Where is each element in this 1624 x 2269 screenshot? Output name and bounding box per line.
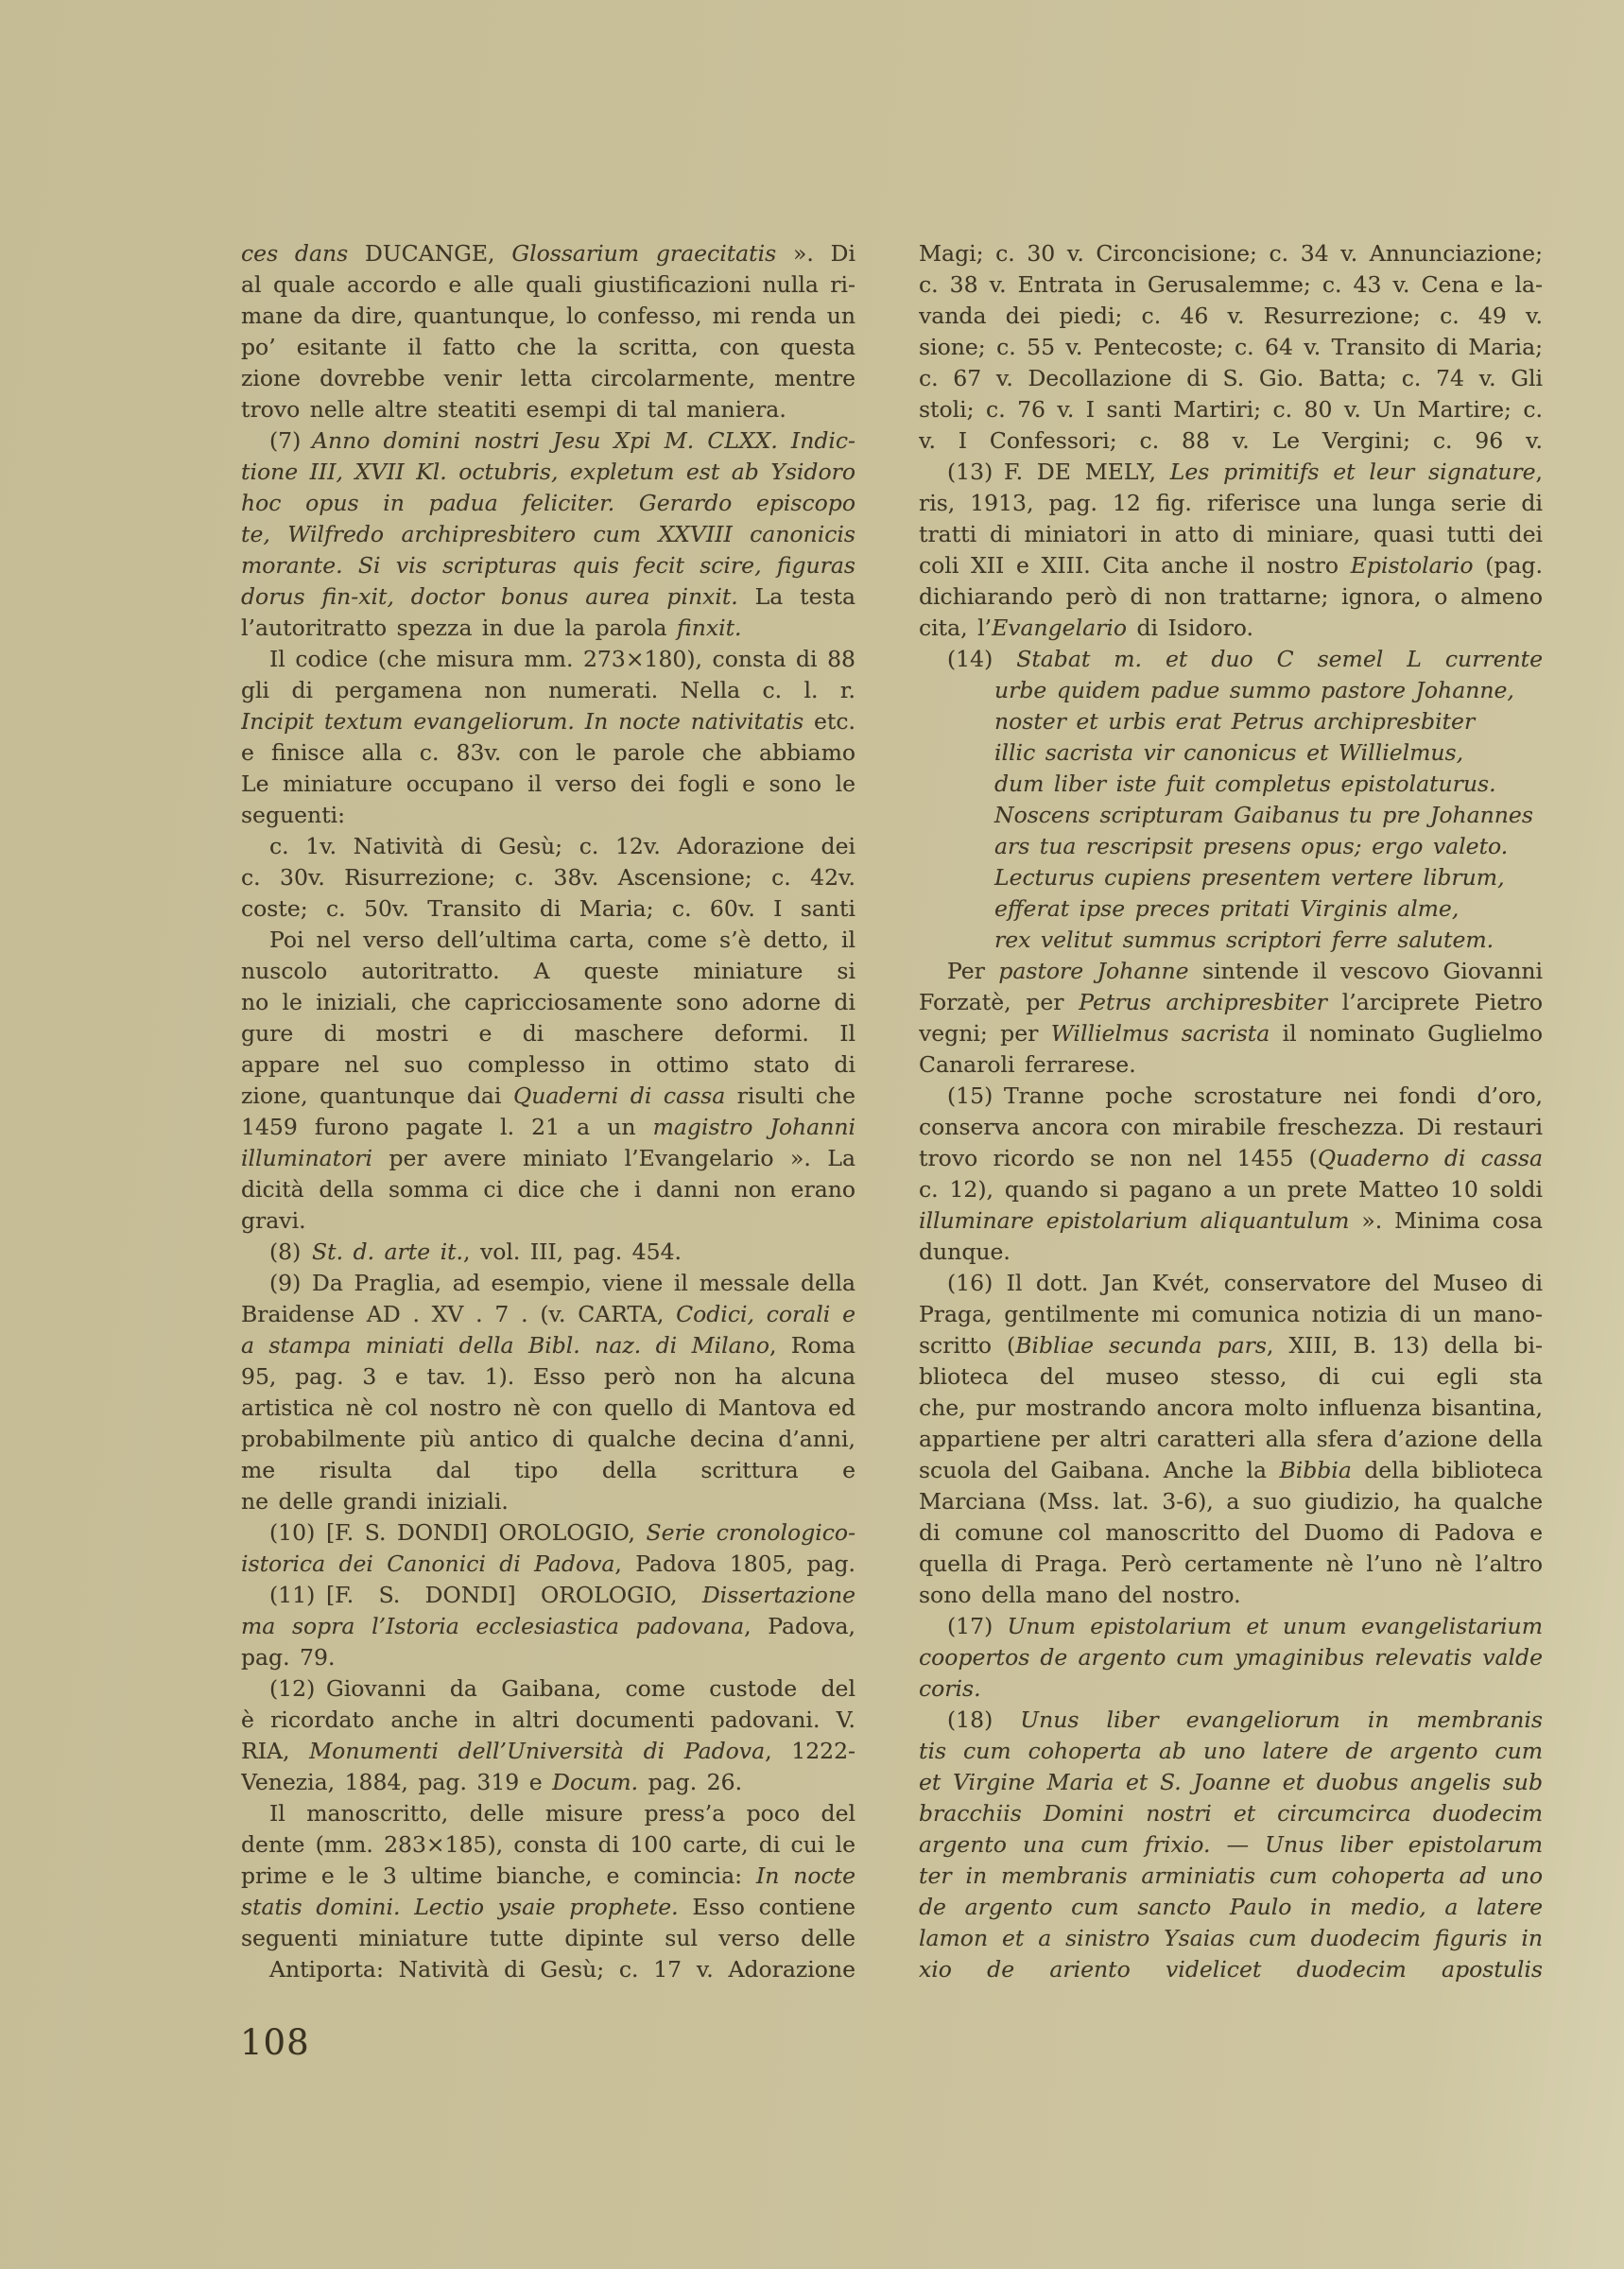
text-run: Venezia, 1884, pag. 319 e (241, 1769, 552, 1795)
italic-text-run: ars tua rescripsit presens opus; ergo va… (994, 833, 1508, 859)
text-line: stoli; c. 76 v. I santi Martiri; c. 80 v… (919, 394, 1543, 425)
text-run: gli di pergamena non numerati. Nella c. … (241, 677, 855, 706)
text-line: c. 1v. Natività di Gesù; c. 12v. Adorazi… (241, 831, 855, 862)
text-run: Antiporta: Natività di Gesù; c. 17 v. Ad… (241, 1956, 855, 1985)
text-run: Il codice (che misura mm. 273×180), cons… (241, 646, 855, 675)
text-line: ma sopra l’Istoria ecclesiastica padovan… (241, 1611, 855, 1642)
text-line: (18) Unus liber evangeliorum in membrani… (919, 1705, 1543, 1736)
text-line: ter in membranis arminiatis cum cohopert… (919, 1861, 1543, 1892)
text-line: rex velitut summus scriptori ferre salut… (919, 925, 1543, 956)
text-run: Per (947, 958, 998, 984)
italic-text-run: bracchiis Domini nostri et circumcirca d… (919, 1800, 1543, 1829)
text-run: prime e le 3 ultime bianche, e comincia: (241, 1862, 756, 1889)
text-line: statis domini. Lectio ysaie prophete. Es… (241, 1892, 855, 1923)
text-line: me risulta dal tipo della scrittura e da… (241, 1455, 855, 1486)
text-line: bracchiis Domini nostri et circumcirca d… (919, 1798, 1543, 1829)
text-run: vegni; per (919, 1020, 1051, 1047)
text-line: (16) Il dott. Jan Kvét, conservatore del… (919, 1268, 1543, 1299)
text-line: (12) Giovanni da Gaibana, come custode d… (241, 1673, 855, 1705)
text-run: DUCANGE, (365, 240, 511, 267)
text-run: nuscolo autoritratto. A queste miniature… (241, 958, 855, 987)
italic-text-run: rex velitut summus scriptori ferre salut… (994, 927, 1494, 953)
italic-text-run: coopertos de argento cum ymaginibus rele… (919, 1644, 1543, 1673)
text-run: scuola del Gaibana. Anche la (919, 1457, 1279, 1483)
text-run: appare nel suo complesso in ottimo stato… (241, 1051, 855, 1081)
text-run: (12) Giovanni da Gaibana, come custode d… (241, 1675, 855, 1705)
italic-text-run: Willielmus sacrista (1051, 1020, 1270, 1047)
text-run: me risulta dal tipo della scrittura e da… (241, 1457, 855, 1486)
text-line: nuscolo autoritratto. A queste miniature… (241, 956, 855, 987)
italic-text-run: a stampa miniati della Bibl. naz. di Mil… (241, 1332, 769, 1359)
text-run: RIA, (241, 1738, 309, 1764)
italic-text-run: Quaderni di cassa (513, 1083, 725, 1109)
text-run: trovo nelle altre steatiti esempi di tal… (241, 396, 786, 423)
italic-text-run: te, Wilfredo archipresbitero cum XXVIII … (241, 521, 855, 550)
text-line: zione, quantunque dai Quaderni di cassa … (241, 1081, 855, 1112)
text-run: seguenti: (241, 802, 345, 828)
text-run: quella di Praga. Però certamente nè l’un… (919, 1550, 1543, 1577)
text-line: dum liber iste fuit completus epistolatu… (919, 769, 1543, 800)
text-run: l’autoritratto spezza in due la parola (241, 615, 677, 641)
text-line: pag. 79. (241, 1642, 855, 1673)
italic-text-run: urbe quidem padue summo pastore Johanne, (994, 677, 1514, 703)
text-run: c. 12), quando si pagano a un prete Matt… (919, 1176, 1543, 1205)
text-line: Poi nel verso dell’ultima carta, come s’… (241, 925, 855, 956)
text-line: quella di Praga. Però certamente nè l’un… (919, 1549, 1543, 1580)
italic-text-run: tione III, XVII Kl. octubris, expletum e… (241, 459, 855, 485)
text-line: gravi. (241, 1205, 855, 1237)
text-run: (14) (947, 646, 1016, 672)
text-line: illuminatori per avere miniato l’Evangel… (241, 1143, 855, 1174)
text-run: Magi; c. 30 v. Circoncisione; c. 34 v. A… (919, 240, 1543, 267)
text-run: Poi nel verso dell’ultima carta, come s’… (241, 927, 855, 956)
text-line: Il codice (che misura mm. 273×180), cons… (241, 644, 855, 675)
text-line: Praga, gentilmente mi comunica notizia d… (919, 1299, 1543, 1330)
text-run: trovo ricordo se non nel 1455 ( (919, 1145, 1318, 1171)
text-run: dichiarando però di non trattarne; ignor… (919, 583, 1543, 613)
text-line: (10) [F. S. DONDI] OROLOGIO, Serie crono… (241, 1517, 855, 1549)
text-line: xio de ariento videlicet duodecim apostu… (919, 1954, 1543, 1985)
italic-text-run: Petrus archipresbiter (1079, 989, 1327, 1015)
text-line: sono della mano del nostro. (919, 1580, 1543, 1611)
text-line: (14) Stabat m. et duo C semel L currente… (919, 644, 1543, 675)
text-run: dunque. (919, 1238, 1011, 1265)
text-line: trovo nelle altre steatiti esempi di tal… (241, 394, 855, 425)
text-line: argento una cum frixio. — Unus liber epi… (919, 1829, 1543, 1861)
italic-text-run: Evangelario (992, 615, 1127, 641)
italic-text-run: Anno domini nostri Jesu Xpi M. CLXX. Ind… (312, 427, 855, 454)
text-run: blioteca del museo stesso, di cui egli s… (919, 1363, 1543, 1393)
italic-text-run: ces dans (241, 240, 365, 267)
page-number: 108 (240, 2023, 310, 2063)
italic-text-run: Incipit textum evangeliorum. In nocte na… (241, 708, 814, 735)
text-line: istorica dei Canonici di Padova, Padova … (241, 1549, 855, 1580)
right-column-text: Magi; c. 30 v. Circoncisione; c. 34 v. A… (919, 238, 1543, 1985)
text-run: c. 30v. Risurrezione; c. 38v. Ascensione… (241, 864, 855, 893)
italic-text-run: Epistolario (1351, 552, 1474, 579)
italic-text-run: dum liber iste fuit completus epistolatu… (994, 771, 1496, 797)
text-run: zione, quantunque dai (241, 1083, 513, 1109)
text-line: hoc opus in padua feliciter. Gerardo epi… (241, 488, 855, 519)
text-run: Forzatè, per (919, 989, 1079, 1015)
italic-text-run: morante. Si vis scripturas quis fecit sc… (241, 552, 855, 581)
italic-text-run: Glossarium graecitatis (511, 240, 776, 267)
text-line: Noscens scripturam Gaibanus tu pre Johan… (919, 800, 1543, 831)
text-run: (9) Da Praglia, ad esempio, viene il mes… (269, 1270, 855, 1296)
text-line: Venezia, 1884, pag. 319 e Docum. pag. 26… (241, 1767, 855, 1798)
italic-text-run: hoc opus in padua feliciter. Gerardo epi… (241, 490, 855, 519)
text-line: coopertos de argento cum ymaginibus rele… (919, 1642, 1543, 1673)
text-line: 95, pag. 3 e tav. 1). Esso però non ha a… (241, 1361, 855, 1393)
text-line: no le iniziali, che capricciosamente son… (241, 987, 855, 1018)
text-line: lamon et a sinistro Ysaias cum duodecim … (919, 1923, 1543, 1954)
text-line: artistica nè col nostro nè con quello di… (241, 1393, 855, 1424)
italic-text-run: Noscens scripturam Gaibanus tu pre Johan… (994, 802, 1533, 828)
italic-text-run: Serie cronologico- (647, 1519, 855, 1546)
text-run: (10) [F. S. DONDI] OROLOGIO, (269, 1519, 647, 1546)
text-run: po’ esitante il fatto che la scritta, co… (241, 334, 855, 363)
text-line: mane da dire, quantunque, lo confesso, m… (241, 301, 855, 332)
text-run: al quale accordo e alle quali giustifica… (241, 271, 855, 298)
text-line: e finisce alla c. 83v. con le parole che… (241, 737, 855, 769)
text-run: è ricordato anche in altri documenti pad… (241, 1706, 855, 1736)
text-run: (15) Tranne poche scrostature nei fondi … (919, 1083, 1543, 1112)
italic-text-run: finxit. (677, 615, 742, 641)
text-line: v. I Confessori; c. 88 v. Le Vergini; c.… (919, 425, 1543, 457)
text-line: (15) Tranne poche scrostature nei fondi … (919, 1081, 1543, 1112)
text-line: seguenti: (241, 800, 855, 831)
text-line: seguenti miniature tutte dipinte sul ver… (241, 1923, 855, 1954)
text-run: di comune col manoscritto del Duomo di P… (919, 1519, 1543, 1549)
text-line: Il manoscritto, delle misure press’a poc… (241, 1798, 855, 1829)
italic-text-run: istorica dei Canonici di Padova (241, 1550, 614, 1577)
text-line: vanda dei piedi; c. 46 v. Resurrezione; … (919, 301, 1543, 332)
text-line: ars tua rescripsit presens opus; ergo va… (919, 831, 1543, 862)
text-run: , XIII, B. 13) della bi- (1267, 1332, 1543, 1359)
text-run: c. 67 v. Decollazione di S. Gio. Batta; … (919, 365, 1543, 394)
text-line: gure di mostri e di maschere deformi. Il… (241, 1018, 855, 1049)
text-line: che, pur mostrando ancora molto influenz… (919, 1393, 1543, 1424)
text-line: Le miniature occupano il verso dei fogli… (241, 769, 855, 800)
italic-text-run: lamon et a sinistro Ysaias cum duodecim … (919, 1925, 1543, 1954)
text-run: (13) F. DE MELY, (947, 459, 1170, 485)
text-line: efferat ipse preces pritati Virginis alm… (919, 893, 1543, 925)
text-line: coli XII e XIII. Cita anche il nostro Ep… (919, 550, 1543, 581)
text-line: scritto (Bibliae secunda pars, XIII, B. … (919, 1330, 1543, 1361)
text-line: Forzatè, per Petrus archipresbiter l’arc… (919, 987, 1543, 1018)
text-run: (18) (947, 1706, 1020, 1733)
text-run: Marciana (Mss. lat. 3-6), a suo giudizio… (919, 1488, 1543, 1517)
text-line: ris, 1913, pag. 12 fig. riferisce una lu… (919, 488, 1543, 519)
text-run: ». Minima cosa (1349, 1207, 1543, 1234)
text-run: (16) Il dott. Jan Kvét, conservatore del… (947, 1270, 1543, 1296)
text-line: morante. Si vis scripturas quis fecit sc… (241, 550, 855, 581)
text-line: illuminare epistolarium aliquantulum ». … (919, 1205, 1543, 1237)
text-line: blioteca del museo stesso, di cui egli s… (919, 1361, 1543, 1393)
text-line: a stampa miniati della Bibl. naz. di Mil… (241, 1330, 855, 1361)
text-run: conserva ancora con mirabile freschezza.… (919, 1114, 1543, 1143)
text-line: coris. (919, 1673, 1543, 1705)
text-line: dichiarando però di non trattarne; ignor… (919, 581, 1543, 613)
text-line: prime e le 3 ultime bianche, e comincia:… (241, 1861, 855, 1892)
text-run: dicità della somma ci dice che i danni n… (241, 1176, 855, 1205)
italic-text-run: Unum epistolarium et unum evangelistariu… (1008, 1613, 1543, 1639)
text-line: (7) Anno domini nostri Jesu Xpi M. CLXX.… (241, 425, 855, 457)
text-line: RIA, Monumenti dell’Università di Padova… (241, 1736, 855, 1767)
text-run: pag. 26. (638, 1769, 742, 1795)
italic-text-run: argento una cum frixio. — Unus liber epi… (919, 1831, 1543, 1861)
text-run: no le iniziali, che capricciosamente son… (241, 989, 855, 1018)
text-line: c. 12), quando si pagano a un prete Matt… (919, 1174, 1543, 1205)
text-run: c. 1v. Natività di Gesù; c. 12v. Adorazi… (241, 833, 855, 862)
text-run: probabilmente più antico di qualche deci… (241, 1426, 855, 1455)
text-line: vegni; per Willielmus sacrista il nomina… (919, 1018, 1543, 1049)
text-run: zione dovrebbe venir letta circolarmente… (241, 365, 855, 394)
text-run: scritto ( (919, 1332, 1015, 1359)
italic-text-run: et Virgine Maria et S. Joanne et duobus … (919, 1769, 1543, 1795)
text-line: cita, l’Evangelario di Isidoro. (919, 613, 1543, 644)
text-run: artistica nè col nostro nè con quello di… (241, 1394, 855, 1424)
text-line: è ricordato anche in altri documenti pad… (241, 1705, 855, 1736)
text-line: 1459 furono pagate l. 21 a un magistro J… (241, 1112, 855, 1143)
text-line: dorus fin-xit, doctor bonus aurea pinxit… (241, 581, 855, 613)
text-run: della biblioteca (1352, 1457, 1543, 1483)
italic-text-run: tis cum cohoperta ab uno latere de argen… (919, 1738, 1543, 1767)
text-line: dicità della somma ci dice che i danni n… (241, 1174, 855, 1205)
book-page-scan: ces dans DUCANGE, Glossarium graecitatis… (0, 0, 1624, 2269)
italic-text-run: illuminatori (241, 1145, 372, 1171)
italic-text-run: illuminare epistolarium aliquantulum (919, 1207, 1349, 1234)
text-run: e finisce alla c. 83v. con le parole che… (241, 739, 855, 769)
text-run: il nominato Guglielmo (1270, 1020, 1543, 1047)
left-column-text: ces dans DUCANGE, Glossarium graecitatis… (241, 238, 855, 1985)
text-line: et Virgine Maria et S. Joanne et duobus … (919, 1767, 1543, 1798)
text-line: tratti di miniatori in atto di miniare, … (919, 519, 1543, 550)
text-line: c. 38 v. Entrata in Gerusalemme; c. 43 v… (919, 269, 1543, 301)
text-line: Braidense AD . XV . 7 . (v. CARTA, Codic… (241, 1299, 855, 1330)
text-line: illic sacrista vir canonicus et Willielm… (919, 737, 1543, 769)
text-line: po’ esitante il fatto che la scritta, co… (241, 332, 855, 363)
text-line: Marciana (Mss. lat. 3-6), a suo giudizio… (919, 1486, 1543, 1517)
text-line: dunque. (919, 1237, 1543, 1268)
italic-text-run: illic sacrista vir canonicus et Willielm… (994, 739, 1463, 766)
text-line: zione dovrebbe venir letta circolarmente… (241, 363, 855, 394)
italic-text-run: dorus fin-xit, doctor bonus aurea pinxit… (241, 583, 738, 610)
text-line: trovo ricordo se non nel 1455 (Quaderno … (919, 1143, 1543, 1174)
text-run: Braidense AD . XV . 7 . (v. CARTA, (241, 1301, 676, 1327)
text-line: noster et urbis erat Petrus archipresbit… (919, 706, 1543, 737)
italic-text-run: de argento cum sancto Paulo in medio, a … (919, 1894, 1543, 1923)
text-line: (13) F. DE MELY, Les primitifs et leur s… (919, 457, 1543, 488)
text-line: ces dans DUCANGE, Glossarium graecitatis… (241, 238, 855, 269)
italic-text-run: St. d. arte it. (312, 1238, 463, 1265)
text-line: probabilmente più antico di qualche deci… (241, 1424, 855, 1455)
italic-text-run: Les primitifs et leur signature (1170, 459, 1536, 485)
text-line: (17) Unum epistolarium et unum evangelis… (919, 1611, 1543, 1642)
text-line: Canaroli ferrarese. (919, 1049, 1543, 1081)
text-run: seguenti miniature tutte dipinte sul ver… (241, 1925, 855, 1954)
italic-text-run: ma sopra l’Istoria ecclesiastica padovan… (241, 1613, 744, 1639)
text-line: (8) St. d. arte it., vol. III, pag. 454. (241, 1237, 855, 1268)
italic-text-run: Bibliae secunda pars (1015, 1332, 1267, 1359)
text-run: gure di mostri e di maschere deformi. Il… (241, 1020, 855, 1049)
text-run: (7) (269, 427, 312, 454)
text-run: gravi. (241, 1207, 306, 1234)
text-run: dente (mm. 283×185), consta di 100 carte… (241, 1831, 855, 1861)
text-line: tione III, XVII Kl. octubris, expletum e… (241, 457, 855, 488)
text-line: appartiene per altri caratteri alla sfer… (919, 1424, 1543, 1455)
italic-text-run: efferat ipse preces pritati Virginis alm… (994, 895, 1459, 922)
text-run: (8) (269, 1238, 312, 1265)
text-run: etc. (814, 708, 855, 735)
text-run: appartiene per altri caratteri alla sfer… (919, 1426, 1543, 1452)
text-line: tis cum cohoperta ab uno latere de argen… (919, 1736, 1543, 1767)
text-line: (9) Da Praglia, ad esempio, viene il mes… (241, 1268, 855, 1299)
text-run: vanda dei piedi; c. 46 v. Resurrezione; … (919, 303, 1543, 332)
italic-text-run: Lecturus cupiens presentem vertere libru… (994, 864, 1505, 891)
text-run: Praga, gentilmente mi comunica notizia d… (919, 1301, 1543, 1327)
text-line: l’autoritratto spezza in due la parola f… (241, 613, 855, 644)
text-run: , vol. III, pag. 454. (463, 1238, 682, 1265)
text-run: pag. 79. (241, 1644, 335, 1671)
text-run: cita, l’ (919, 615, 992, 641)
italic-text-run: xio de ariento videlicet duodecim apostu… (919, 1956, 1543, 1985)
italic-text-run: coris. (919, 1675, 981, 1702)
text-run: v. I Confessori; c. 88 v. Le Vergini; c.… (919, 427, 1543, 457)
text-line: urbe quidem padue summo pastore Johanne, (919, 675, 1543, 706)
text-line: scuola del Gaibana. Anche la Bibbia dell… (919, 1455, 1543, 1486)
text-run: sione; c. 55 v. Pentecoste; c. 64 v. Tra… (919, 334, 1543, 360)
text-run: stoli; c. 76 v. I santi Martiri; c. 80 v… (919, 396, 1543, 425)
text-line: conserva ancora con mirabile freschezza.… (919, 1112, 1543, 1143)
italic-text-run: Monumenti dell’Università di Padova (309, 1738, 765, 1764)
text-run: sintende il vescovo Giovanni (1189, 958, 1543, 984)
text-run: coli XII e XIII. Cita anche il nostro (919, 552, 1351, 579)
text-run: ne delle grandi iniziali. (241, 1488, 509, 1515)
text-run: ris, 1913, pag. 12 fig. riferisce una lu… (919, 490, 1543, 519)
text-run: (11) [F. S. DONDI] OROLOGIO, (269, 1582, 702, 1608)
text-line: coste; c. 50v. Transito di Maria; c. 60v… (241, 893, 855, 925)
italic-text-run: statis domini. Lectio ysaie prophete. (241, 1894, 679, 1920)
text-line: ne delle grandi iniziali. (241, 1486, 855, 1517)
text-line: Per pastore Johanne sintende il vescovo … (919, 956, 1543, 987)
text-run: Le miniature occupano il verso dei fogli… (241, 771, 855, 797)
text-line: appare nel suo complesso in ottimo stato… (241, 1049, 855, 1081)
text-run: che, pur mostrando ancora molto influenz… (919, 1394, 1543, 1421)
text-line: gli di pergamena non numerati. Nella c. … (241, 675, 855, 706)
italic-text-run: Bibbia (1279, 1457, 1351, 1483)
text-line: Magi; c. 30 v. Circoncisione; c. 34 v. A… (919, 238, 1543, 269)
text-run: Canaroli ferrarese. (919, 1051, 1136, 1078)
text-run: sono della mano del nostro. (919, 1582, 1241, 1608)
italic-text-run: pastore Johanne (998, 958, 1188, 984)
italic-text-run: Docum. (552, 1769, 638, 1795)
text-line: c. 67 v. Decollazione di S. Gio. Batta; … (919, 363, 1543, 394)
text-line: di comune col manoscritto del Duomo di P… (919, 1517, 1543, 1549)
text-line: Incipit textum evangeliorum. In nocte na… (241, 706, 855, 737)
text-line: dente (mm. 283×185), consta di 100 carte… (241, 1829, 855, 1861)
text-line: Lecturus cupiens presentem vertere libru… (919, 862, 1543, 893)
text-run: (17) (947, 1613, 1008, 1639)
text-line: sione; c. 55 v. Pentecoste; c. 64 v. Tra… (919, 332, 1543, 363)
text-run: di Isidoro. (1127, 615, 1253, 641)
italic-text-run: ter in membranis arminiatis cum cohopert… (919, 1862, 1543, 1892)
text-run: mane da dire, quantunque, lo confesso, m… (241, 303, 855, 329)
text-run: 1459 furono pagate l. 21 a un (241, 1114, 653, 1140)
text-line: te, Wilfredo archipresbitero cum XXVIII … (241, 519, 855, 550)
text-run: 95, pag. 3 e tav. 1). Esso però non ha a… (241, 1363, 855, 1393)
text-run: c. 38 v. Entrata in Gerusalemme; c. 43 v… (919, 271, 1543, 298)
text-line: Antiporta: Natività di Gesù; c. 17 v. Ad… (241, 1954, 855, 1985)
text-line: de argento cum sancto Paulo in medio, a … (919, 1892, 1543, 1923)
text-line: al quale accordo e alle quali giustifica… (241, 269, 855, 301)
text-run: tratti di miniatori in atto di miniare, … (919, 521, 1543, 550)
text-line: (11) [F. S. DONDI] OROLOGIO, Dissertazio… (241, 1580, 855, 1611)
text-run: Il manoscritto, delle misure press’a poc… (241, 1800, 855, 1829)
text-run: coste; c. 50v. Transito di Maria; c. 60v… (241, 895, 855, 925)
italic-text-run: noster et urbis erat Petrus archipresbit… (919, 708, 1475, 737)
text-line: c. 30v. Risurrezione; c. 38v. Ascensione… (241, 862, 855, 893)
